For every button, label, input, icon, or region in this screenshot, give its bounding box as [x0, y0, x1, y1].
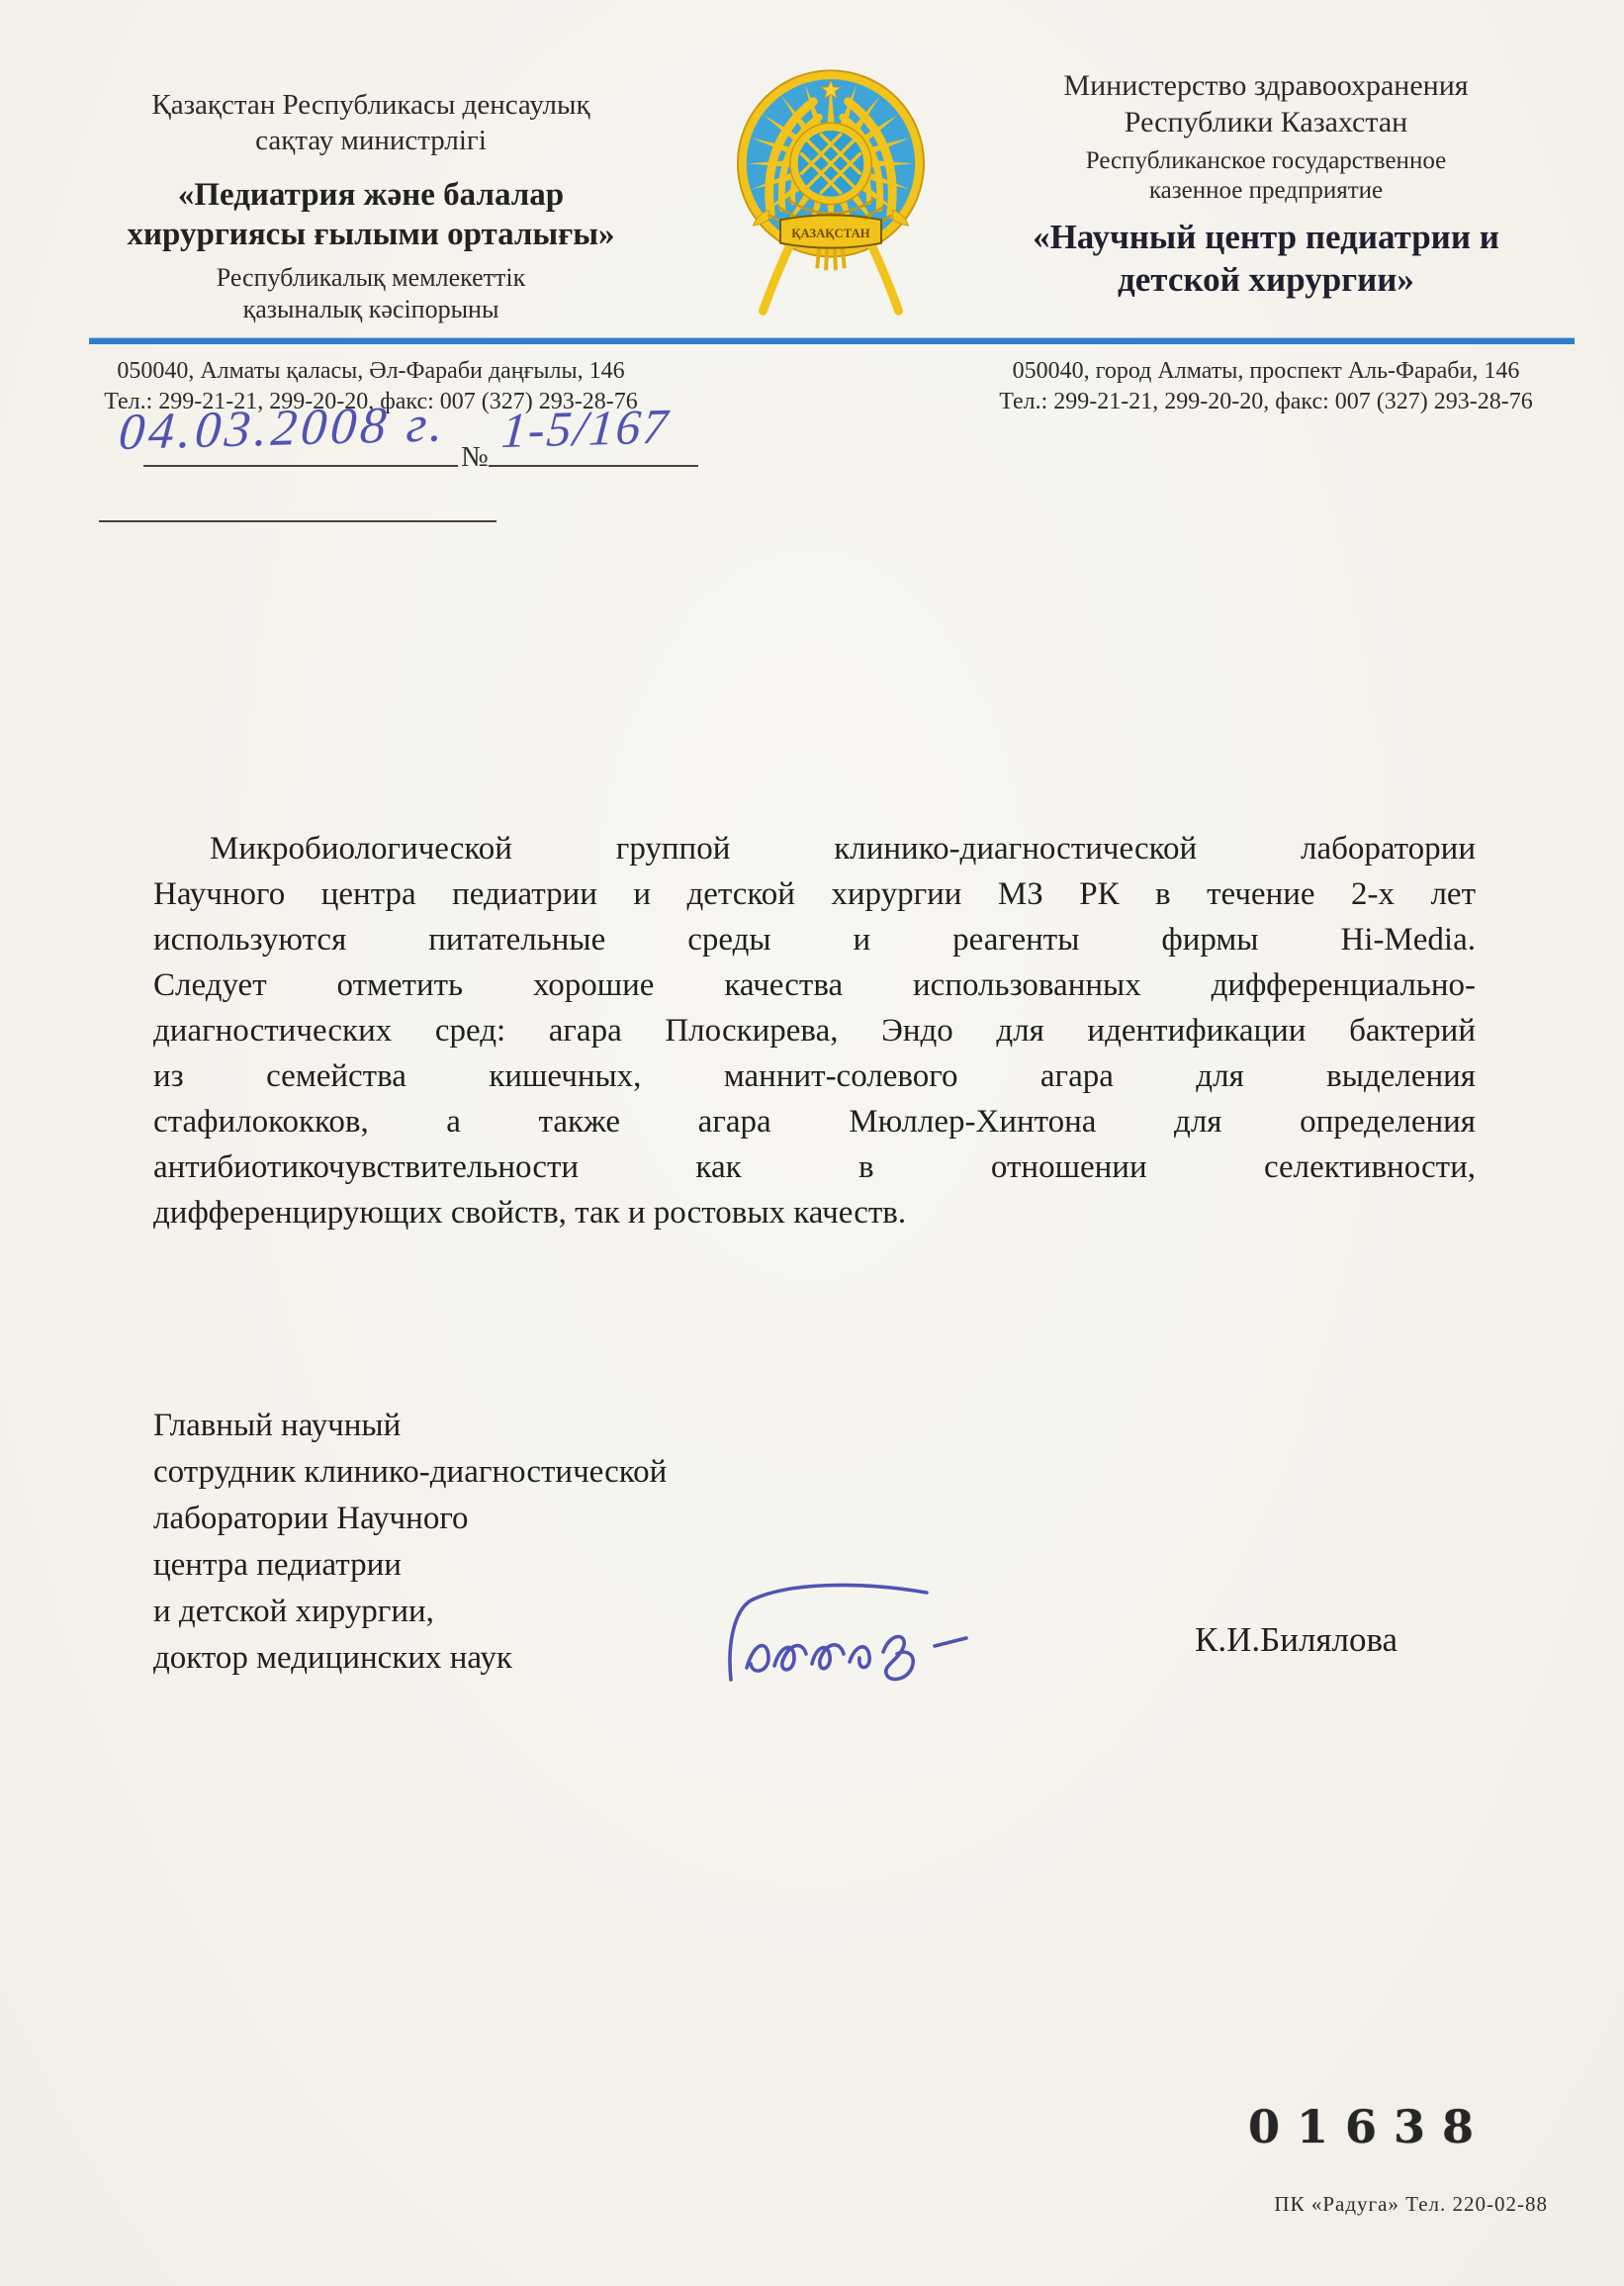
header-left-block: Қазақстан Республикасы денсаулық сақтау …: [94, 87, 648, 325]
address-kz-line1: 050040, Алматы қаласы, Әл-Фараби даңғылы…: [94, 356, 648, 387]
number-underline: [489, 413, 698, 467]
signer-role-line: лаборатории Научного: [153, 1496, 667, 1542]
body-line: дифференцирующих свойств, так и ростовых…: [153, 1190, 1476, 1235]
body-line: из семейства кишечных, маннит-солевого а…: [153, 1053, 1476, 1099]
org-type-ru-line2: казенное предприятие: [979, 176, 1553, 206]
address-ru-line1: 050040, город Алматы, проспект Аль-Фараб…: [979, 356, 1553, 387]
kazakhstan-coat-of-arms-icon: ҚАЗАҚСТАН: [734, 38, 928, 328]
header-divider-rule: [89, 337, 1575, 344]
letter-body: Микробиологической группой клинико-диагн…: [153, 826, 1476, 1235]
signer-role-line: и детской хирургии,: [153, 1589, 667, 1635]
ministry-name-kz-line2: сақтау министрлігі: [94, 123, 648, 158]
signer-role-block: Главный научный сотрудник клинико-диагно…: [153, 1403, 667, 1682]
ministry-name-ru: Министерство здравоохранения: [979, 67, 1553, 104]
handwritten-signature: [717, 1581, 1014, 1694]
signer-name: К.И.Билялова: [1195, 1620, 1398, 1660]
signer-role-line: доктор медицинских наук: [153, 1635, 667, 1682]
emblem-banner-text: ҚАЗАҚСТАН: [791, 227, 870, 240]
signer-role-line: Главный научный: [153, 1403, 667, 1449]
org-name-kz: «Педиатрия және балалар: [94, 175, 648, 215]
stamp-number: 01638: [1248, 2100, 1490, 2153]
header-right-block: Министерство здравоохранения Республики …: [979, 67, 1553, 301]
org-type-kz-line2: қазыналық кәсіпорыны: [94, 294, 648, 325]
body-line: Следует отметить хорошие качества исполь…: [153, 962, 1476, 1008]
body-line: диагностических сред: агара Плоскирева, …: [153, 1008, 1476, 1053]
date-underline: [143, 413, 458, 467]
body-line: используются питательные среды и реагент…: [153, 917, 1476, 962]
org-type-kz: Республикалық мемлекеттік: [94, 262, 648, 294]
org-name-ru: «Научный центр педиатрии и: [979, 216, 1553, 258]
body-line: Микробиологической группой клинико-диагн…: [153, 826, 1476, 871]
body-line: стафилококков, а также агара Мюллер-Хинт…: [153, 1099, 1476, 1144]
body-line: Научного центра педиатрии и детской хиру…: [153, 871, 1476, 917]
printer-info: ПК «Радуга» Тел. 220-02-88: [1167, 2192, 1548, 2217]
signer-role-line: сотрудник клинико-диагностической: [153, 1449, 667, 1496]
org-name-kz-line2: хирургиясы ғылыми орталығы»: [94, 215, 648, 254]
address-right-block: 050040, город Алматы, проспект Аль-Фараб…: [979, 356, 1553, 417]
body-line: антибиотикочувствительности как в отноше…: [153, 1144, 1476, 1190]
org-type-ru: Республиканское государственное: [979, 146, 1553, 176]
address-ru-line2: Тел.: 299-21-21, 299-20-20, факс: 007 (3…: [979, 387, 1553, 417]
letter-document: Қазақстан Республикасы денсаулық сақтау …: [0, 0, 1624, 2286]
emblem-graphic: ҚАЗАҚСТАН: [734, 38, 928, 328]
blank-reference-underline: [99, 469, 496, 522]
signer-role-line: центра педиатрии: [153, 1542, 667, 1589]
org-name-ru-line2: детской хирургии»: [979, 258, 1553, 301]
ministry-name-kz: Қазақстан Республикасы денсаулық: [94, 87, 648, 123]
ministry-name-ru-line2: Республики Казахстан: [979, 104, 1553, 140]
